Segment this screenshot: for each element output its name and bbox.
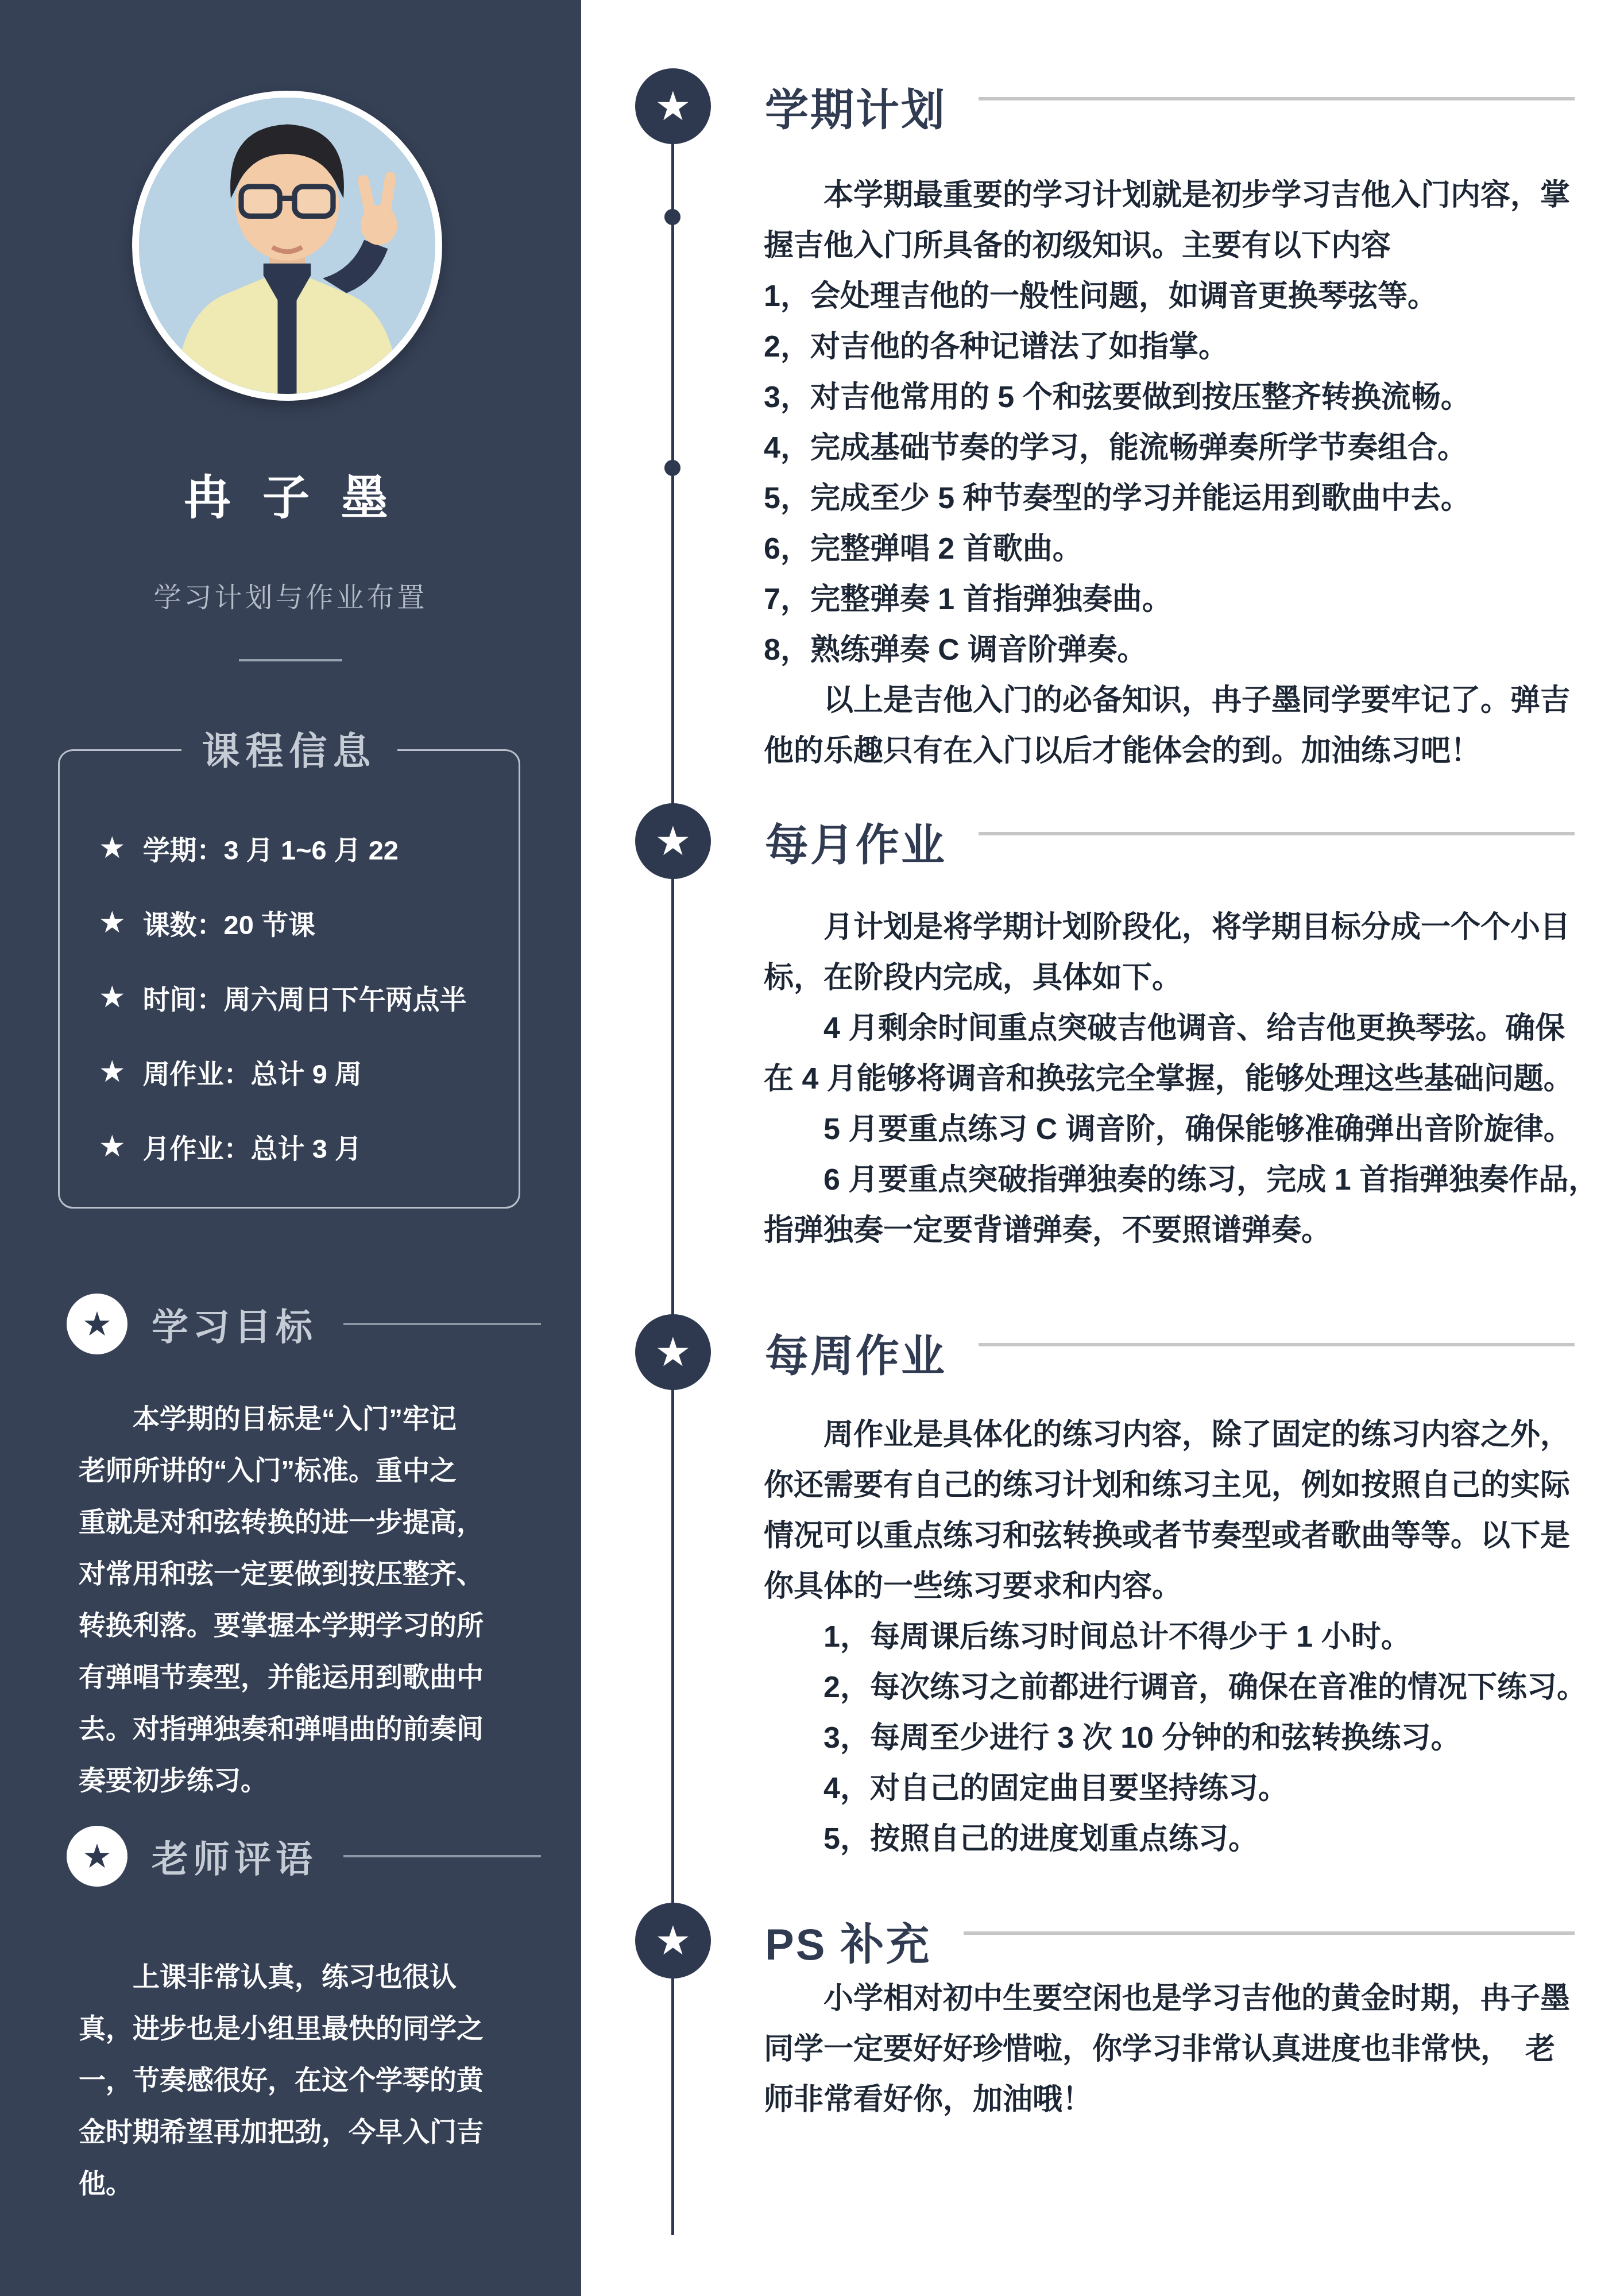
text-line: 7，完整弹奏 1 首指弹独奏曲。 bbox=[764, 574, 1585, 625]
timeline-dot bbox=[664, 460, 680, 476]
section-header-semester-plan: ★ 学期计划 bbox=[635, 68, 1575, 144]
course-info-list: ★ 学期：3 月 1~6 月 22 ★ 课数：20 节课 ★ 时间：周六周日下午… bbox=[99, 811, 501, 1184]
page-subtitle: 学习计划与作业布置 bbox=[0, 575, 581, 615]
text-line: 6 月要重点突破指弹独奏的练习，完成 1 首指弹独奏作品， bbox=[764, 1155, 1585, 1205]
text-line: 对常用和弦一定要做到按压整齐、 bbox=[79, 1548, 516, 1600]
section-body-semester-plan: 本学期最重要的学习计划就是初步学习吉他入门内容，掌 握吉他入门所具备的初级知识。… bbox=[764, 170, 1585, 776]
teacher-comments-title: 老师评语 bbox=[152, 1830, 317, 1883]
teacher-comments-paragraph: 上课非常认真，练习也很认 真，进步也是小组里最快的同学之 一，节奏感很好，在这个… bbox=[79, 1951, 516, 2209]
text-line: 本学期最重要的学习计划就是初步学习吉他入门内容，掌 bbox=[764, 170, 1585, 220]
section-rule bbox=[979, 1343, 1575, 1346]
study-plan-page: 冉 子 墨 学习计划与作业布置 课程信息 ★ 学期：3 月 1~6 月 22 ★… bbox=[0, 0, 1624, 2296]
text-line: 师非常看好你，加油哦！ bbox=[764, 2074, 1585, 2125]
text-line: 真，进步也是小组里最快的同学之 bbox=[79, 2003, 516, 2054]
star-icon: ★ bbox=[99, 905, 126, 940]
course-info-item-text: 时间：周六周日下午两点半 bbox=[143, 978, 467, 1017]
text-line: 标，在阶段内完成，具体如下。 bbox=[764, 953, 1585, 1003]
student-avatar-illustration bbox=[139, 98, 435, 394]
course-info-item: ★ 学期：3 月 1~6 月 22 bbox=[99, 811, 501, 885]
text-line: 2，每次练习之前都进行调音，确保在音准的情况下练习。 bbox=[823, 1662, 1585, 1713]
text-line: 去。对指弹独奏和弹唱曲的前奏间 bbox=[79, 1703, 516, 1755]
text-line: 奏要初步练习。 bbox=[79, 1755, 516, 1806]
student-photo bbox=[132, 91, 442, 401]
text-line: 有弹唱节奏型，并能运用到歌曲中 bbox=[79, 1651, 516, 1703]
course-info-item-text: 月作业：总计 3 月 bbox=[143, 1128, 362, 1166]
text-line: 5，完成至少 5 种节奏型的学习并能运用到歌曲中去。 bbox=[764, 473, 1585, 524]
star-icon: ★ bbox=[99, 980, 126, 1015]
section-rule bbox=[964, 1931, 1575, 1935]
student-name: 冉 子 墨 bbox=[0, 460, 581, 528]
text-line: 1，会处理吉他的一般性问题，如调音更换琴弦等。 bbox=[764, 271, 1585, 322]
text-line: 你还需要有自己的练习计划和练习主见，例如按照自己的实际 bbox=[764, 1460, 1585, 1511]
text-line: 本学期的目标是“入门”牢记 bbox=[79, 1393, 516, 1445]
text-line: 以上是吉他入门的必备知识，冉子墨同学要牢记了。弹吉 bbox=[764, 675, 1585, 726]
text-line: 上课非常认真，练习也很认 bbox=[79, 1951, 516, 2003]
course-info-item: ★ 周作业：总计 9 周 bbox=[99, 1035, 501, 1109]
text-line: 重就是对和弦转换的进一步提高， bbox=[79, 1496, 516, 1548]
text-line: 4，完成基础节奏的学习，能流畅弹奏所学节奏组合。 bbox=[764, 423, 1585, 473]
section-rule bbox=[979, 832, 1575, 835]
course-info-item: ★ 月作业：总计 3 月 bbox=[99, 1109, 501, 1184]
text-line: 3，对吉他常用的 5 个和弦要做到按压整齐转换流畅。 bbox=[764, 372, 1585, 423]
star-badge-icon: ★ bbox=[635, 68, 711, 144]
text-line: 握吉他入门所具备的初级知识。主要有以下内容 bbox=[764, 220, 1585, 271]
star-icon: ★ bbox=[99, 1055, 126, 1089]
text-line: 6，完整弹唱 2 首歌曲。 bbox=[764, 524, 1585, 574]
text-line: 转换利落。要掌握本学期学习的所 bbox=[79, 1600, 516, 1651]
text-line: 你具体的一些练习要求和内容。 bbox=[764, 1561, 1585, 1612]
star-badge-icon: ★ bbox=[67, 1294, 127, 1354]
section-rule bbox=[979, 97, 1575, 100]
course-info-item: ★ 课数：20 节课 bbox=[99, 885, 501, 960]
course-info-item: ★ 时间：周六周日下午两点半 bbox=[99, 960, 501, 1035]
text-line: 5，按照自己的进度划重点练习。 bbox=[823, 1814, 1585, 1864]
text-line: 情况可以重点练习和弦转换或者节奏型或者歌曲等等。以下是 bbox=[764, 1511, 1585, 1561]
text-line: 4 月剩余时间重点突破吉他调音、给吉他更换琴弦。确保 bbox=[764, 1003, 1585, 1054]
section-body-monthly-homework: 月计划是将学期计划阶段化，将学期目标分成一个个小目 标，在阶段内完成，具体如下。… bbox=[764, 902, 1585, 1256]
section-rule bbox=[343, 1855, 541, 1857]
text-line: 3，每周至少进行 3 次 10 分钟的和弦转换练习。 bbox=[823, 1713, 1585, 1763]
text-line: 1，每周课后练习时间总计不得少于 1 小时。 bbox=[823, 1612, 1585, 1662]
text-line: 月计划是将学期计划阶段化，将学期目标分成一个个小目 bbox=[764, 902, 1585, 953]
timeline-dot bbox=[664, 209, 680, 225]
course-info-box: 课程信息 ★ 学期：3 月 1~6 月 22 ★ 课数：20 节课 ★ 时间：周… bbox=[58, 749, 520, 1209]
section-header-monthly-homework: ★ 每月作业 bbox=[635, 803, 1575, 879]
star-badge-icon: ★ bbox=[635, 1903, 711, 1978]
text-line: 8，熟练弹奏 C 调音阶弹奏。 bbox=[764, 625, 1585, 675]
section-rule bbox=[343, 1323, 541, 1325]
text-line: 他。 bbox=[79, 2158, 516, 2209]
text-line: 指弹独奏一定要背谱弹奏，不要照谱弹奏。 bbox=[764, 1205, 1585, 1256]
section-body-weekly-homework: 周作业是具体化的练习内容，除了固定的练习内容之外， 你还需要有自己的练习计划和练… bbox=[764, 1410, 1585, 1864]
text-line: 4，对自己的固定曲目要坚持练习。 bbox=[823, 1763, 1585, 1814]
teacher-comments-header: ★ 老师评语 bbox=[67, 1826, 541, 1887]
content-area: ★ 学期计划 本学期最重要的学习计划就是初步学习吉他入门内容，掌 握吉他入门所具… bbox=[581, 0, 1624, 2296]
text-line: 一，节奏感很好，在这个学琴的黄 bbox=[79, 2054, 516, 2106]
text-line: 同学一定要好好珍惜啦，你学习非常认真进度也非常快， 老 bbox=[764, 2024, 1585, 2074]
star-icon: ★ bbox=[99, 1129, 126, 1164]
text-line: 周作业是具体化的练习内容，除了固定的练习内容之外， bbox=[764, 1410, 1585, 1460]
text-line: 在 4 月能够将调音和换弦完全掌握，能够处理这些基础问题。 bbox=[764, 1054, 1585, 1104]
text-line: 2，对吉他的各种记谱法了如指掌。 bbox=[764, 322, 1585, 372]
text-line: 5 月要重点练习 C 调音阶，确保能够准确弹出音阶旋律。 bbox=[764, 1104, 1585, 1155]
goals-section-title: 学习目标 bbox=[152, 1298, 317, 1350]
section-body-ps-note: 小学相对初中生要空闲也是学习吉他的黄金时期，冉子墨 同学一定要好好珍惜啦，你学习… bbox=[764, 1973, 1585, 2125]
subtitle-divider bbox=[239, 659, 342, 661]
section-title: 每周作业 bbox=[765, 1321, 946, 1384]
course-info-title: 课程信息 bbox=[181, 725, 397, 777]
course-info-item-text: 学期：3 月 1~6 月 22 bbox=[143, 829, 399, 868]
star-badge-icon: ★ bbox=[635, 803, 711, 879]
text-line: 小学相对初中生要空闲也是学习吉他的黄金时期，冉子墨 bbox=[764, 1973, 1585, 2024]
text-line: 他的乐趣只有在入门以后才能体会的到。加油练习吧！ bbox=[764, 726, 1585, 776]
text-line: 老师所讲的“入门”标准。重中之 bbox=[79, 1445, 516, 1496]
star-badge-icon: ★ bbox=[67, 1826, 127, 1887]
section-title: 学期计划 bbox=[765, 75, 946, 138]
sidebar: 冉 子 墨 学习计划与作业布置 课程信息 ★ 学期：3 月 1~6 月 22 ★… bbox=[0, 0, 581, 2296]
course-info-item-text: 周作业：总计 9 周 bbox=[143, 1053, 362, 1091]
goals-paragraph: 本学期的目标是“入门”牢记 老师所讲的“入门”标准。重中之 重就是对和弦转换的进… bbox=[79, 1393, 516, 1806]
section-title: PS 补充 bbox=[765, 1910, 931, 1972]
goals-section-header: ★ 学习目标 bbox=[67, 1294, 541, 1354]
star-badge-icon: ★ bbox=[635, 1314, 711, 1390]
section-header-ps-note: ★ PS 补充 bbox=[635, 1903, 1575, 1978]
star-icon: ★ bbox=[99, 831, 126, 865]
text-line: 金时期希望再加把劲，今早入门吉 bbox=[79, 2106, 516, 2158]
section-title: 每月作业 bbox=[765, 810, 946, 873]
course-info-item-text: 课数：20 节课 bbox=[143, 904, 315, 942]
section-header-weekly-homework: ★ 每周作业 bbox=[635, 1314, 1575, 1390]
